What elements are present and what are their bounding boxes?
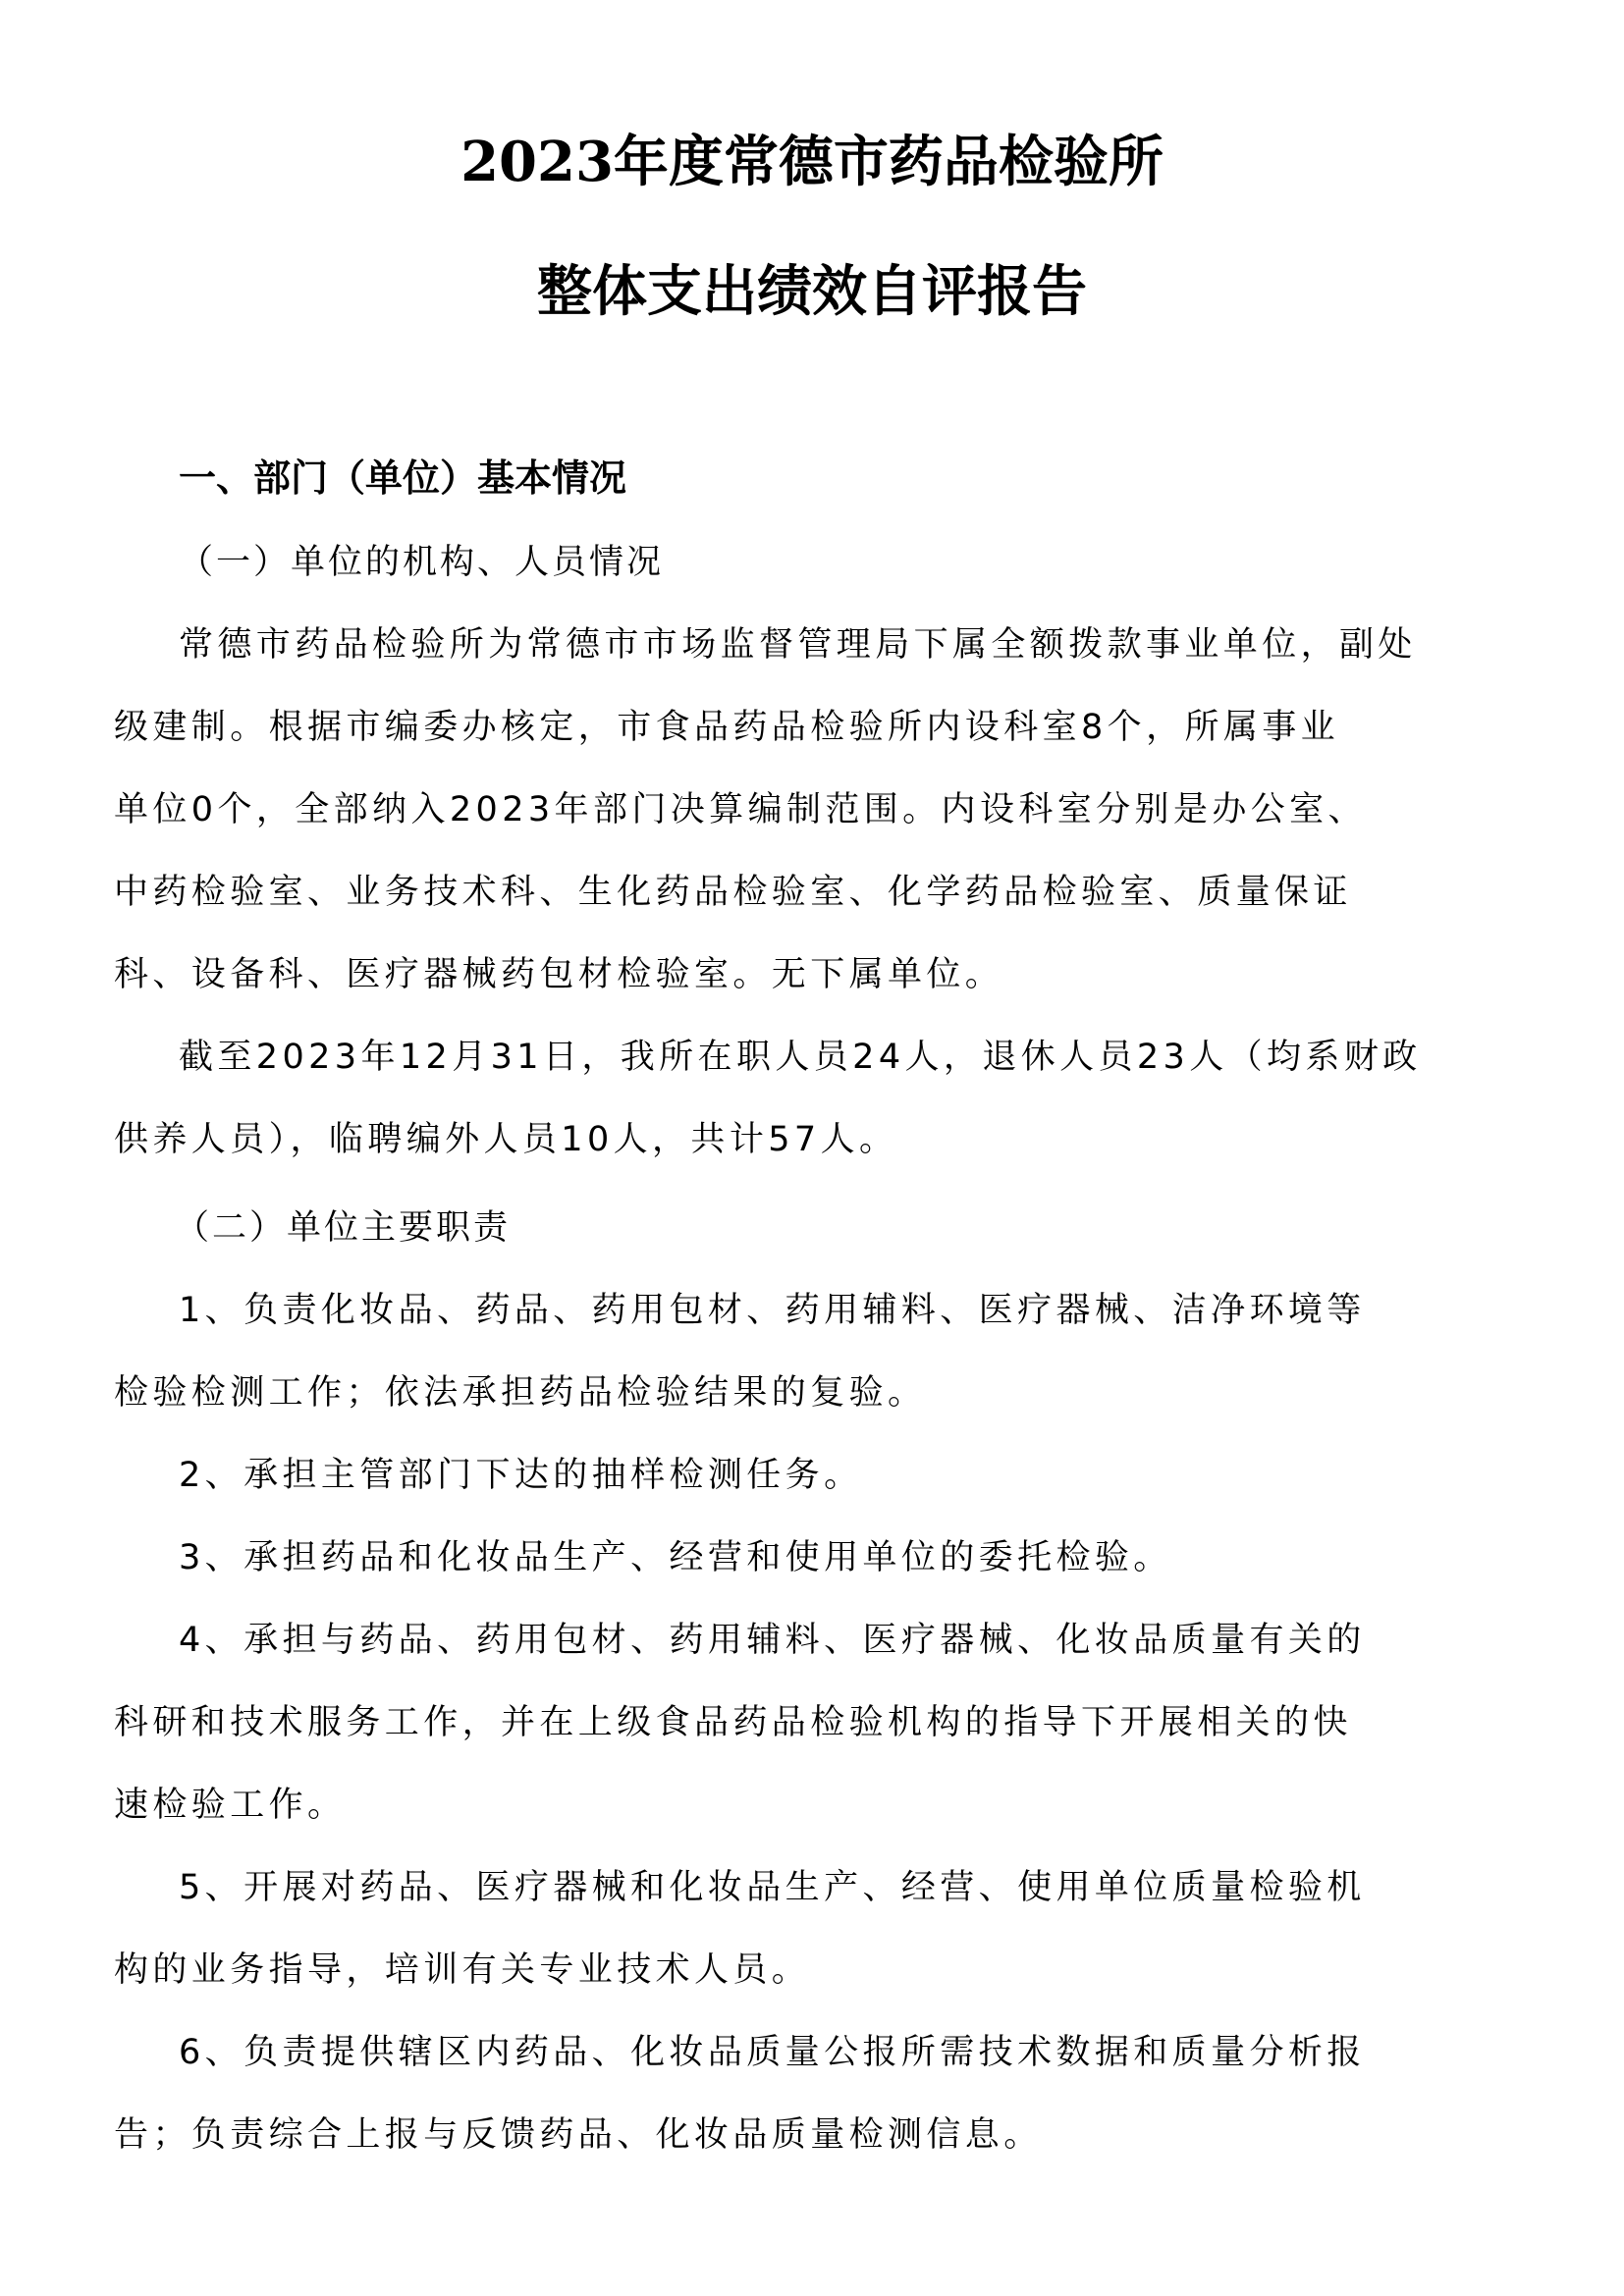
- document-title-line-1: 2023年度常德市药品检验所: [0, 128, 1624, 196]
- duty-item-line: 科研和技术服务工作，并在上级食品药品检验机构的指导下开展相关的快: [114, 1698, 1449, 1747]
- paragraph-line: 单位0个，全部纳入2023年部门决算编制范围。内设科室分别是办公室、: [114, 785, 1449, 834]
- section-heading-basic-info: 一、部门（单位）基本情况: [179, 454, 626, 503]
- duty-item-line: 1、负责化妆品、药品、药用包材、药用辅料、医疗器械、洁净环境等: [179, 1286, 1514, 1335]
- duty-item-line: 3、承担药品和化妆品生产、经营和使用单位的委托检验。: [179, 1533, 1514, 1582]
- duty-item-line: 5、开展对药品、医疗器械和化妆品生产、经营、使用单位质量检验机: [179, 1863, 1514, 1912]
- duty-item-line: 检验检测工作；依法承担药品检验结果的复验。: [114, 1368, 1449, 1417]
- duty-item-line: 速检验工作。: [114, 1781, 1449, 1830]
- paragraph-line: 科、设备科、医疗器械药包材检验室。无下属单位。: [114, 950, 1449, 999]
- duty-item-line: 告；负责综合上报与反馈药品、化妆品质量检测信息。: [114, 2110, 1449, 2160]
- paragraph-line: 常德市药品检验所为常德市市场监督管理局下属全额拨款事业单位，副处: [179, 620, 1514, 669]
- paragraph-line: 供养人员），临聘编外人员10人，共计57人。: [114, 1115, 1449, 1164]
- paragraph-line: 中药检验室、业务技术科、生化药品检验室、化学药品检验室、质量保证: [114, 868, 1449, 917]
- subsection-heading-organization: （一）单位的机构、人员情况: [179, 538, 1514, 587]
- duty-item-line: 6、负责提供辖区内药品、化妆品质量公报所需技术数据和质量分析报: [179, 2028, 1514, 2077]
- duty-item-line: 2、承担主管部门下达的抽样检测任务。: [179, 1451, 1514, 1500]
- subsection-heading-duties: （二）单位主要职责: [175, 1203, 1510, 1253]
- duty-item-line: 构的业务指导，培训有关专业技术人员。: [114, 1946, 1449, 1995]
- duty-item-line: 4、承担与药品、药用包材、药用辅料、医疗器械、化妆品质量有关的: [179, 1616, 1514, 1665]
- paragraph-line: 级建制。根据市编委办核定，市食品药品检验所内设科室8个，所属事业: [114, 703, 1449, 752]
- document-title-line-2: 整体支出绩效自评报告: [0, 257, 1624, 326]
- paragraph-line: 截至2023年12月31日，我所在职人员24人，退休人员23人（均系财政: [179, 1033, 1514, 1082]
